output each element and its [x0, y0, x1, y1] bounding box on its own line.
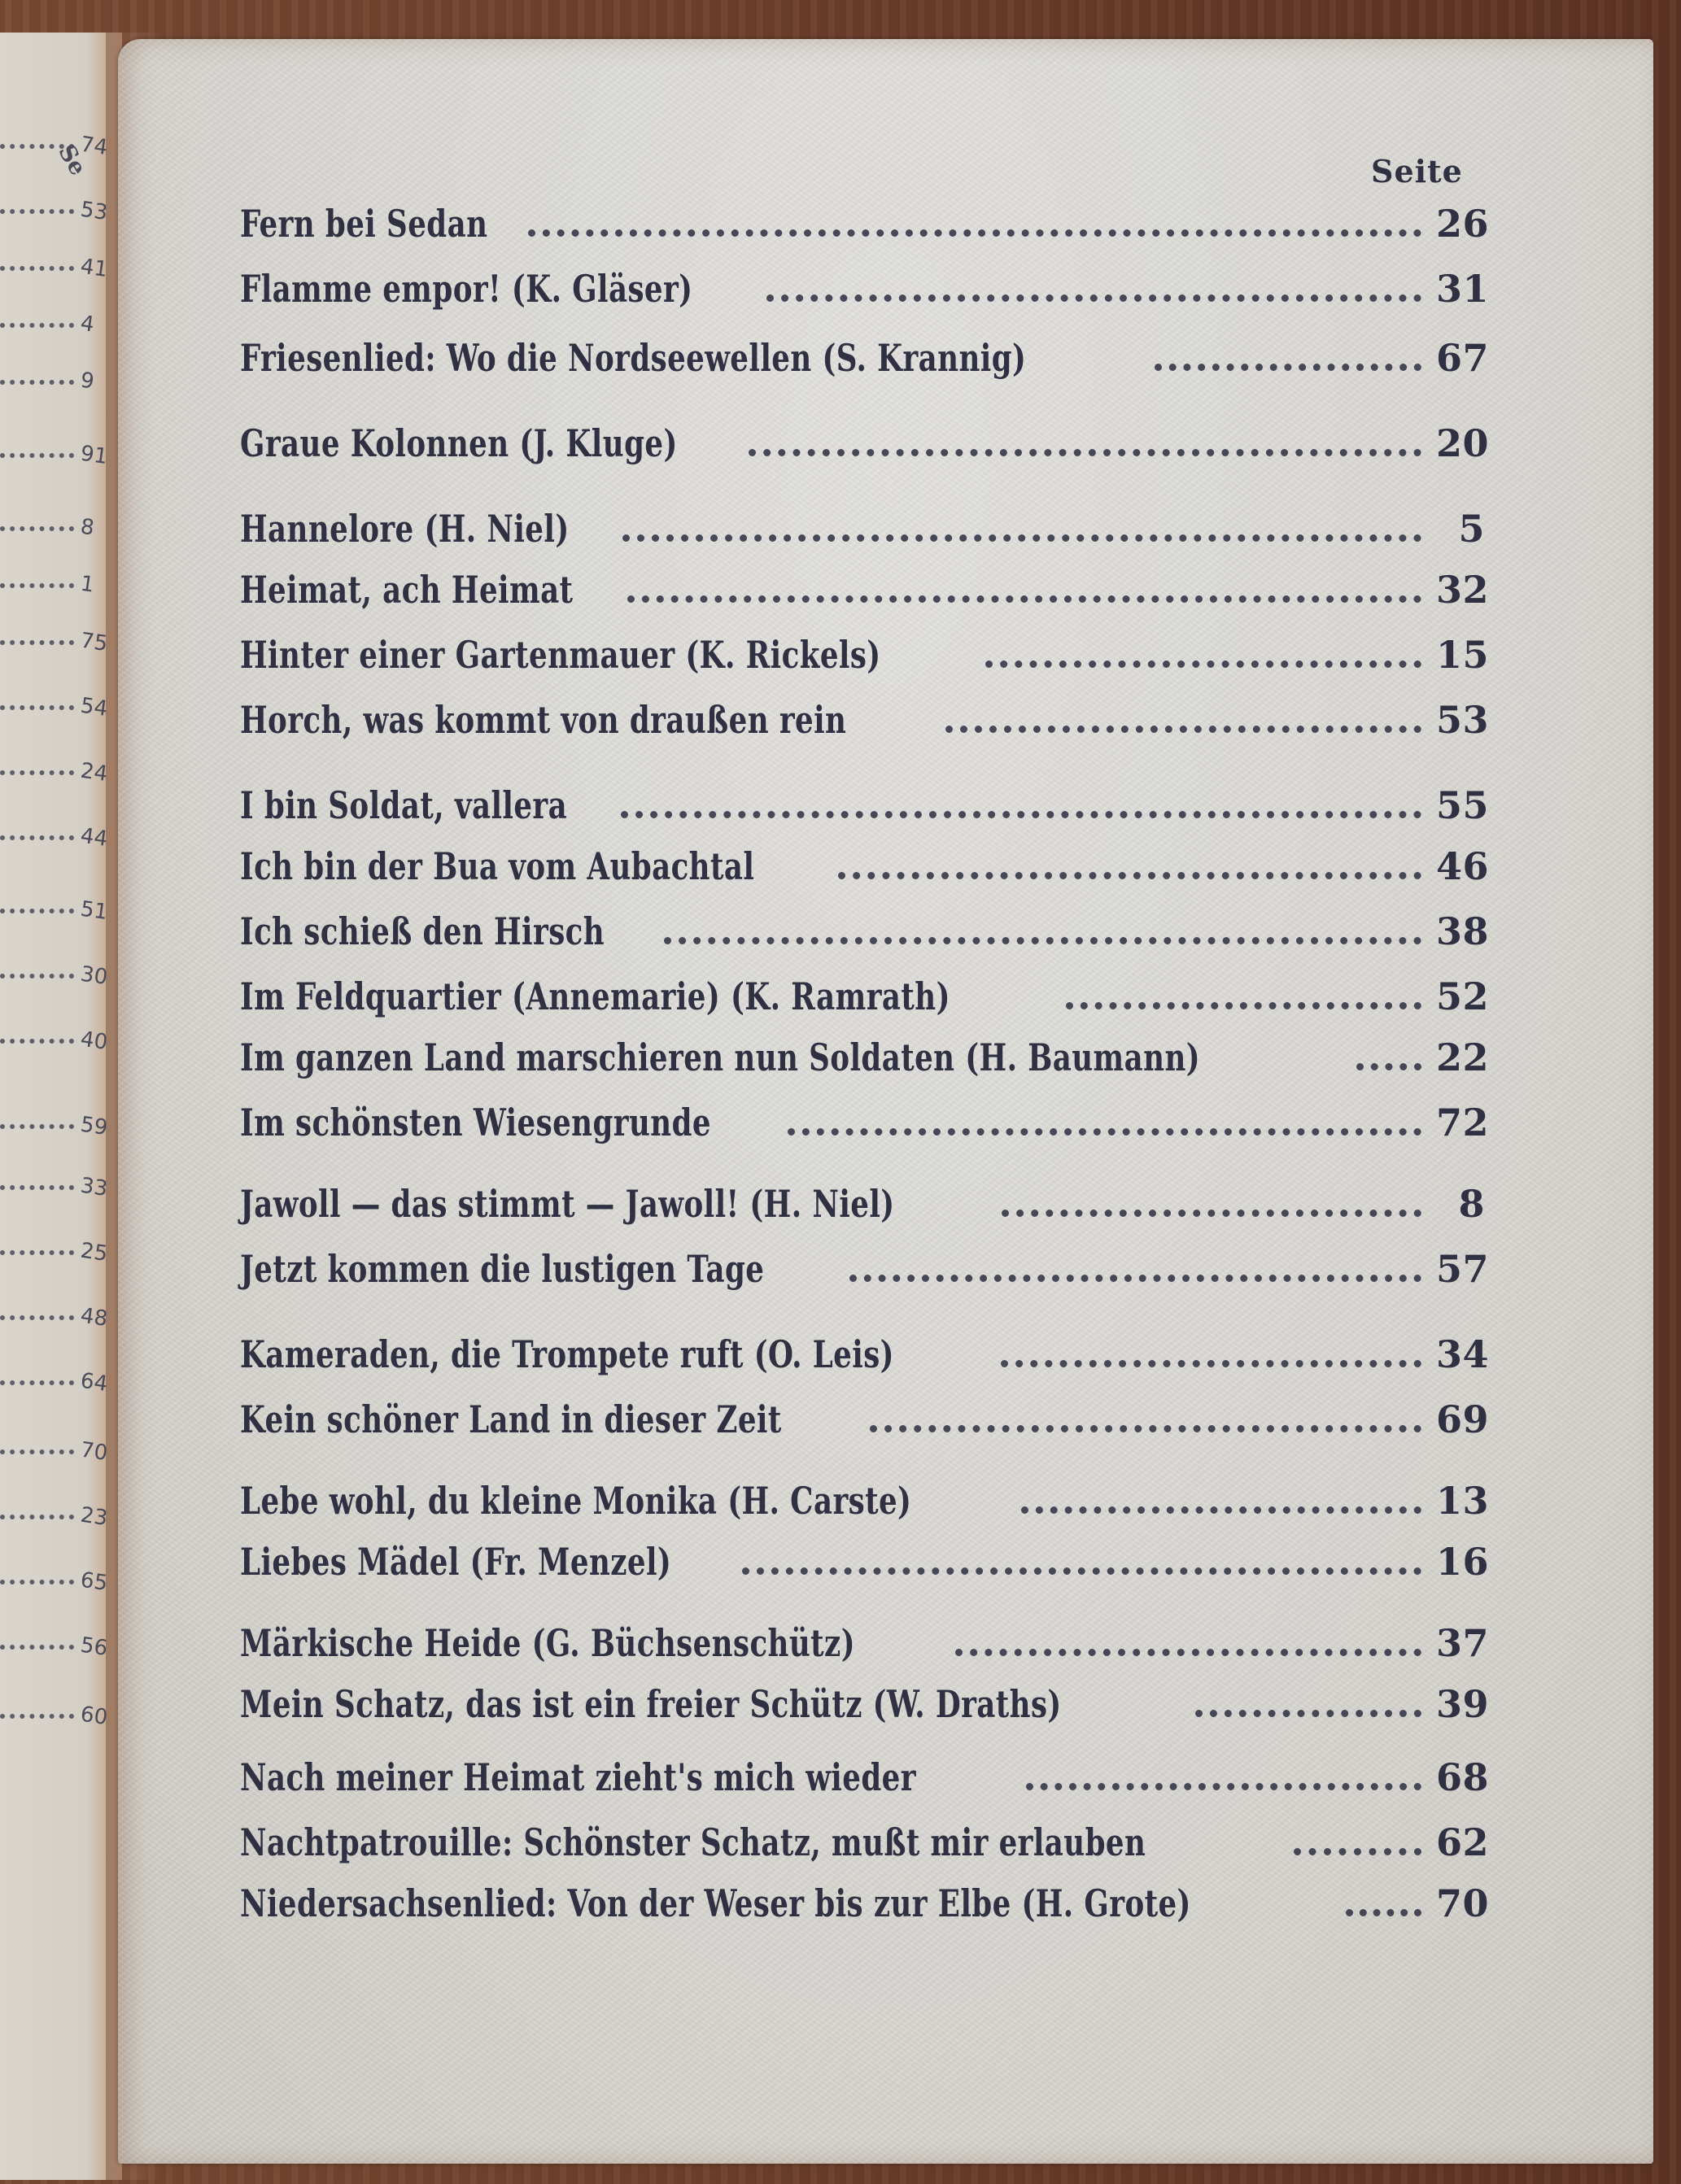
dotted-leader: [0, 909, 74, 913]
dotted-leader: [1294, 1848, 1421, 1855]
left-page-entry: 54: [0, 691, 110, 724]
left-page-entry: 8: [0, 512, 110, 545]
toc-entry-title: Ich bin der Bua vom Aubachtal: [240, 844, 754, 888]
left-page-entry: 59: [0, 1110, 110, 1143]
left-page-entry: 74: [0, 130, 110, 163]
dotted-leader: [622, 534, 1421, 542]
toc-entry-page-number: 13: [1436, 1479, 1485, 1523]
toc-entry-page-number: 32: [1436, 568, 1485, 612]
toc-entry: Lebe wohl, du kleine Monika (H. Carste) …: [240, 1472, 1485, 1529]
toc-entry: Ich schieß den Hirsch 38: [240, 903, 1485, 960]
toc-entry-page-number: 26: [1436, 202, 1485, 246]
toc-entry-title: Flamme empor! (K. Gläser): [240, 267, 692, 311]
left-page-entry: 9: [0, 366, 110, 399]
toc-entry-page-number: 37: [1436, 1621, 1485, 1665]
dotted-leader: [621, 811, 1421, 818]
toc-entry-title: Liebes Mädel (Fr. Menzel): [240, 1540, 671, 1584]
dotted-leader: [0, 209, 74, 214]
page-column-header: Seite: [1371, 153, 1463, 190]
toc-entry: Friesenlied: Wo die Nordseewellen (S. Kr…: [240, 329, 1485, 386]
toc-entry-title: Heimat, ach Heimat: [240, 568, 573, 612]
toc-entry-title: Lebe wohl, du kleine Monika (H. Carste): [240, 1479, 911, 1523]
dotted-leader: [1195, 1710, 1421, 1717]
toc-entry: Im ganzen Land marschieren nun Soldaten …: [240, 1029, 1485, 1086]
toc-entry-page-number: 31: [1436, 267, 1485, 311]
toc-entry-title: Friesenlied: Wo die Nordseewellen (S. Kr…: [240, 336, 1026, 380]
toc-entry: Mein Schatz, das ist ein freier Schütz (…: [240, 1676, 1485, 1733]
toc-entry-page-number: 70: [1436, 1881, 1485, 1925]
toc-entry-page-number: 34: [1436, 1332, 1485, 1376]
left-page-entry: 33: [0, 1171, 110, 1204]
left-page-entry: 24: [0, 756, 110, 789]
toc-entry: I bin Soldat, vallera 55: [240, 777, 1485, 834]
toc-entry-page-number: 67: [1436, 336, 1485, 380]
dotted-leader: [985, 660, 1421, 668]
dotted-leader: [849, 1275, 1421, 1282]
toc-entry-page-number: 52: [1436, 974, 1485, 1018]
dotted-leader: [0, 1380, 74, 1385]
toc-entry-title: Nach meiner Heimat zieht's mich wieder: [240, 1755, 916, 1799]
toc-entry-page-number: 8: [1436, 1182, 1485, 1226]
left-page-entry: 44: [0, 822, 110, 854]
left-page-entry: 23: [0, 1501, 110, 1533]
left-page-entry: 70: [0, 1436, 110, 1468]
toc-entry-page-number: 15: [1436, 633, 1485, 677]
dotted-leader: [1346, 1909, 1421, 1916]
dotted-leader: [0, 1515, 74, 1519]
toc-entry: Märkische Heide (G. Büchsenschütz) 37: [240, 1615, 1485, 1672]
toc-entry: Hannelore (H. Niel) 5: [240, 500, 1485, 557]
toc-entry-page-number: 5: [1436, 507, 1485, 551]
dotted-leader: [945, 726, 1421, 733]
toc-entry-title: Hannelore (H. Niel): [240, 507, 570, 551]
toc-entry: Fern bei Sedan 26: [240, 195, 1485, 252]
dotted-leader: [0, 705, 74, 710]
toc-entry: Ich bin der Bua vom Aubachtal 46: [240, 838, 1485, 895]
toc-entry: Im Feldquartier (Annemarie) (K. Ramrath)…: [240, 968, 1485, 1025]
toc-entry-title: Niedersachsenlied: Von der Weser bis zur…: [240, 1881, 1191, 1925]
toc-entry: Hinter einer Gartenmauer (K. Rickels) 15: [240, 626, 1485, 683]
toc-entry-page-number: 57: [1436, 1247, 1485, 1291]
dotted-leader: [0, 1449, 74, 1454]
dotted-leader: [0, 323, 74, 328]
dotted-leader: [870, 1425, 1421, 1432]
toc-entry: Nach meiner Heimat zieht's mich wieder 6…: [240, 1749, 1485, 1806]
left-page-entry: 41: [0, 252, 110, 285]
toc-entry-title: Hinter einer Gartenmauer (K. Rickels): [240, 633, 881, 677]
left-page-entry: 56: [0, 1631, 110, 1663]
left-page-entry: 75: [0, 626, 110, 659]
toc-entry: Liebes Mädel (Fr. Menzel) 16: [240, 1533, 1485, 1590]
toc-entry-page-number: 62: [1436, 1820, 1485, 1864]
toc-entry-title: Im ganzen Land marschieren nun Soldaten …: [240, 1035, 1200, 1079]
toc-entry-title: Mein Schatz, das ist ein freier Schütz (…: [240, 1682, 1062, 1726]
left-page-entry: 64: [0, 1367, 110, 1399]
left-page-entry: 91: [0, 439, 110, 472]
toc-entry-title: Ich schieß den Hirsch: [240, 909, 605, 953]
toc-entry: Nachtpatrouille: Schönster Schatz, mußt …: [240, 1814, 1485, 1871]
toc-entry-page-number: 22: [1436, 1035, 1485, 1079]
dotted-leader: [528, 229, 1421, 237]
toc-entry-page-number: 20: [1436, 421, 1485, 465]
left-page-entry: 40: [0, 1025, 110, 1057]
left-page-entry: 48: [0, 1301, 110, 1334]
toc-entry: Horch, was kommt von draußen rein 53: [240, 691, 1485, 748]
toc-entry-title: Märkische Heide (G. Büchsenschütz): [240, 1621, 855, 1665]
toc-entry-title: Im schönsten Wiesengrunde: [240, 1101, 711, 1144]
dotted-leader: [1026, 1783, 1421, 1790]
toc-entry: Im schönsten Wiesengrunde 72: [240, 1094, 1485, 1151]
dotted-leader: [0, 835, 74, 840]
dotted-leader: [766, 294, 1421, 302]
dotted-leader: [1356, 1063, 1421, 1070]
toc-entry: Heimat, ach Heimat 32: [240, 561, 1485, 618]
toc-entry-title: Horch, was kommt von draußen rein: [240, 698, 846, 742]
left-page-entry: 1: [0, 569, 110, 602]
dotted-leader: [0, 453, 74, 458]
left-page-entry: 53: [0, 195, 110, 228]
toc-entry-title: Nachtpatrouille: Schönster Schatz, mußt …: [240, 1820, 1146, 1864]
dotted-leader: [0, 144, 74, 149]
toc-entry-title: Jawoll — das stimmt — Jawoll! (H. Niel): [240, 1182, 895, 1226]
toc-entry-page-number: 68: [1436, 1755, 1485, 1799]
toc-entry-page-number: 69: [1436, 1397, 1485, 1441]
toc-entry-page-number: 16: [1436, 1540, 1485, 1584]
dotted-leader: [0, 1250, 74, 1255]
dotted-leader: [0, 974, 74, 979]
toc-entry: Graue Kolonnen (J. Kluge) 20: [240, 415, 1485, 472]
left-page-entry: 30: [0, 960, 110, 992]
dotted-leader: [0, 583, 74, 588]
toc-entry-title: Kein schöner Land in dieser Zeit: [240, 1397, 782, 1441]
toc-entry-title: Kameraden, die Trompete ruft (O. Leis): [240, 1332, 894, 1376]
dotted-leader: [742, 1567, 1421, 1575]
dotted-leader: [1002, 1210, 1421, 1217]
dotted-leader: [0, 1645, 74, 1650]
dotted-leader: [0, 266, 74, 271]
toc-entry: Kameraden, die Trompete ruft (O. Leis) 3…: [240, 1326, 1485, 1383]
toc-entry: Niedersachsenlied: Von der Weser bis zur…: [240, 1875, 1485, 1932]
toc-entry-title: Im Feldquartier (Annemarie) (K. Ramrath): [240, 974, 950, 1018]
dotted-leader: [788, 1128, 1421, 1136]
left-page-entry: 51: [0, 895, 110, 927]
left-page-entry: 4: [0, 309, 110, 342]
left-page-entry: 60: [0, 1700, 110, 1733]
toc-entry-page-number: 55: [1436, 783, 1485, 827]
dotted-leader: [0, 770, 74, 775]
toc-entry: Flamme empor! (K. Gläser) 31: [240, 260, 1485, 317]
left-page-entry: 65: [0, 1566, 110, 1598]
toc-entry: Jawoll — das stimmt — Jawoll! (H. Niel) …: [240, 1175, 1485, 1232]
dotted-leader: [0, 1580, 74, 1585]
dotted-leader: [0, 1124, 74, 1129]
left-page-entry: 25: [0, 1236, 110, 1269]
toc-entry-title: Fern bei Sedan: [240, 202, 487, 246]
dotted-leader: [0, 1039, 74, 1044]
left-book-page: Se 74 53 41 4 9 91 8 1 75 54 24 44 51: [0, 33, 122, 2180]
toc-entry-page-number: 39: [1436, 1682, 1485, 1726]
toc-entry: Jetzt kommen die lustigen Tage 57: [240, 1240, 1485, 1297]
toc-entry-title: Jetzt kommen die lustigen Tage: [240, 1247, 764, 1291]
dotted-leader: [0, 1315, 74, 1320]
dotted-leader: [0, 1714, 74, 1719]
dotted-leader: [627, 595, 1421, 603]
dotted-leader: [0, 380, 74, 385]
dotted-leader: [1155, 364, 1421, 371]
toc-entry-title: I bin Soldat, vallera: [240, 783, 567, 827]
dotted-leader: [0, 1185, 74, 1190]
toc-entry-page-number: 53: [1436, 698, 1485, 742]
dotted-leader: [664, 937, 1421, 944]
toc-entry-page-number: 46: [1436, 844, 1485, 888]
dotted-leader: [955, 1649, 1421, 1656]
toc-entry-page-number: 72: [1436, 1101, 1485, 1144]
dotted-leader: [838, 872, 1421, 879]
dotted-leader: [749, 449, 1421, 456]
toc-entry-title: Graue Kolonnen (J. Kluge): [240, 421, 678, 465]
dotted-leader: [0, 526, 74, 531]
toc-entry: Kein schöner Land in dieser Zeit 69: [240, 1391, 1485, 1448]
dotted-leader: [1001, 1360, 1421, 1367]
toc-entry-page-number: 38: [1436, 909, 1485, 953]
dotted-leader: [0, 640, 74, 645]
right-book-page: Seite Fern bei Sedan 26 Flamme empor! (K…: [118, 39, 1653, 2164]
dotted-leader: [1066, 1002, 1421, 1009]
dotted-leader: [1021, 1506, 1421, 1514]
